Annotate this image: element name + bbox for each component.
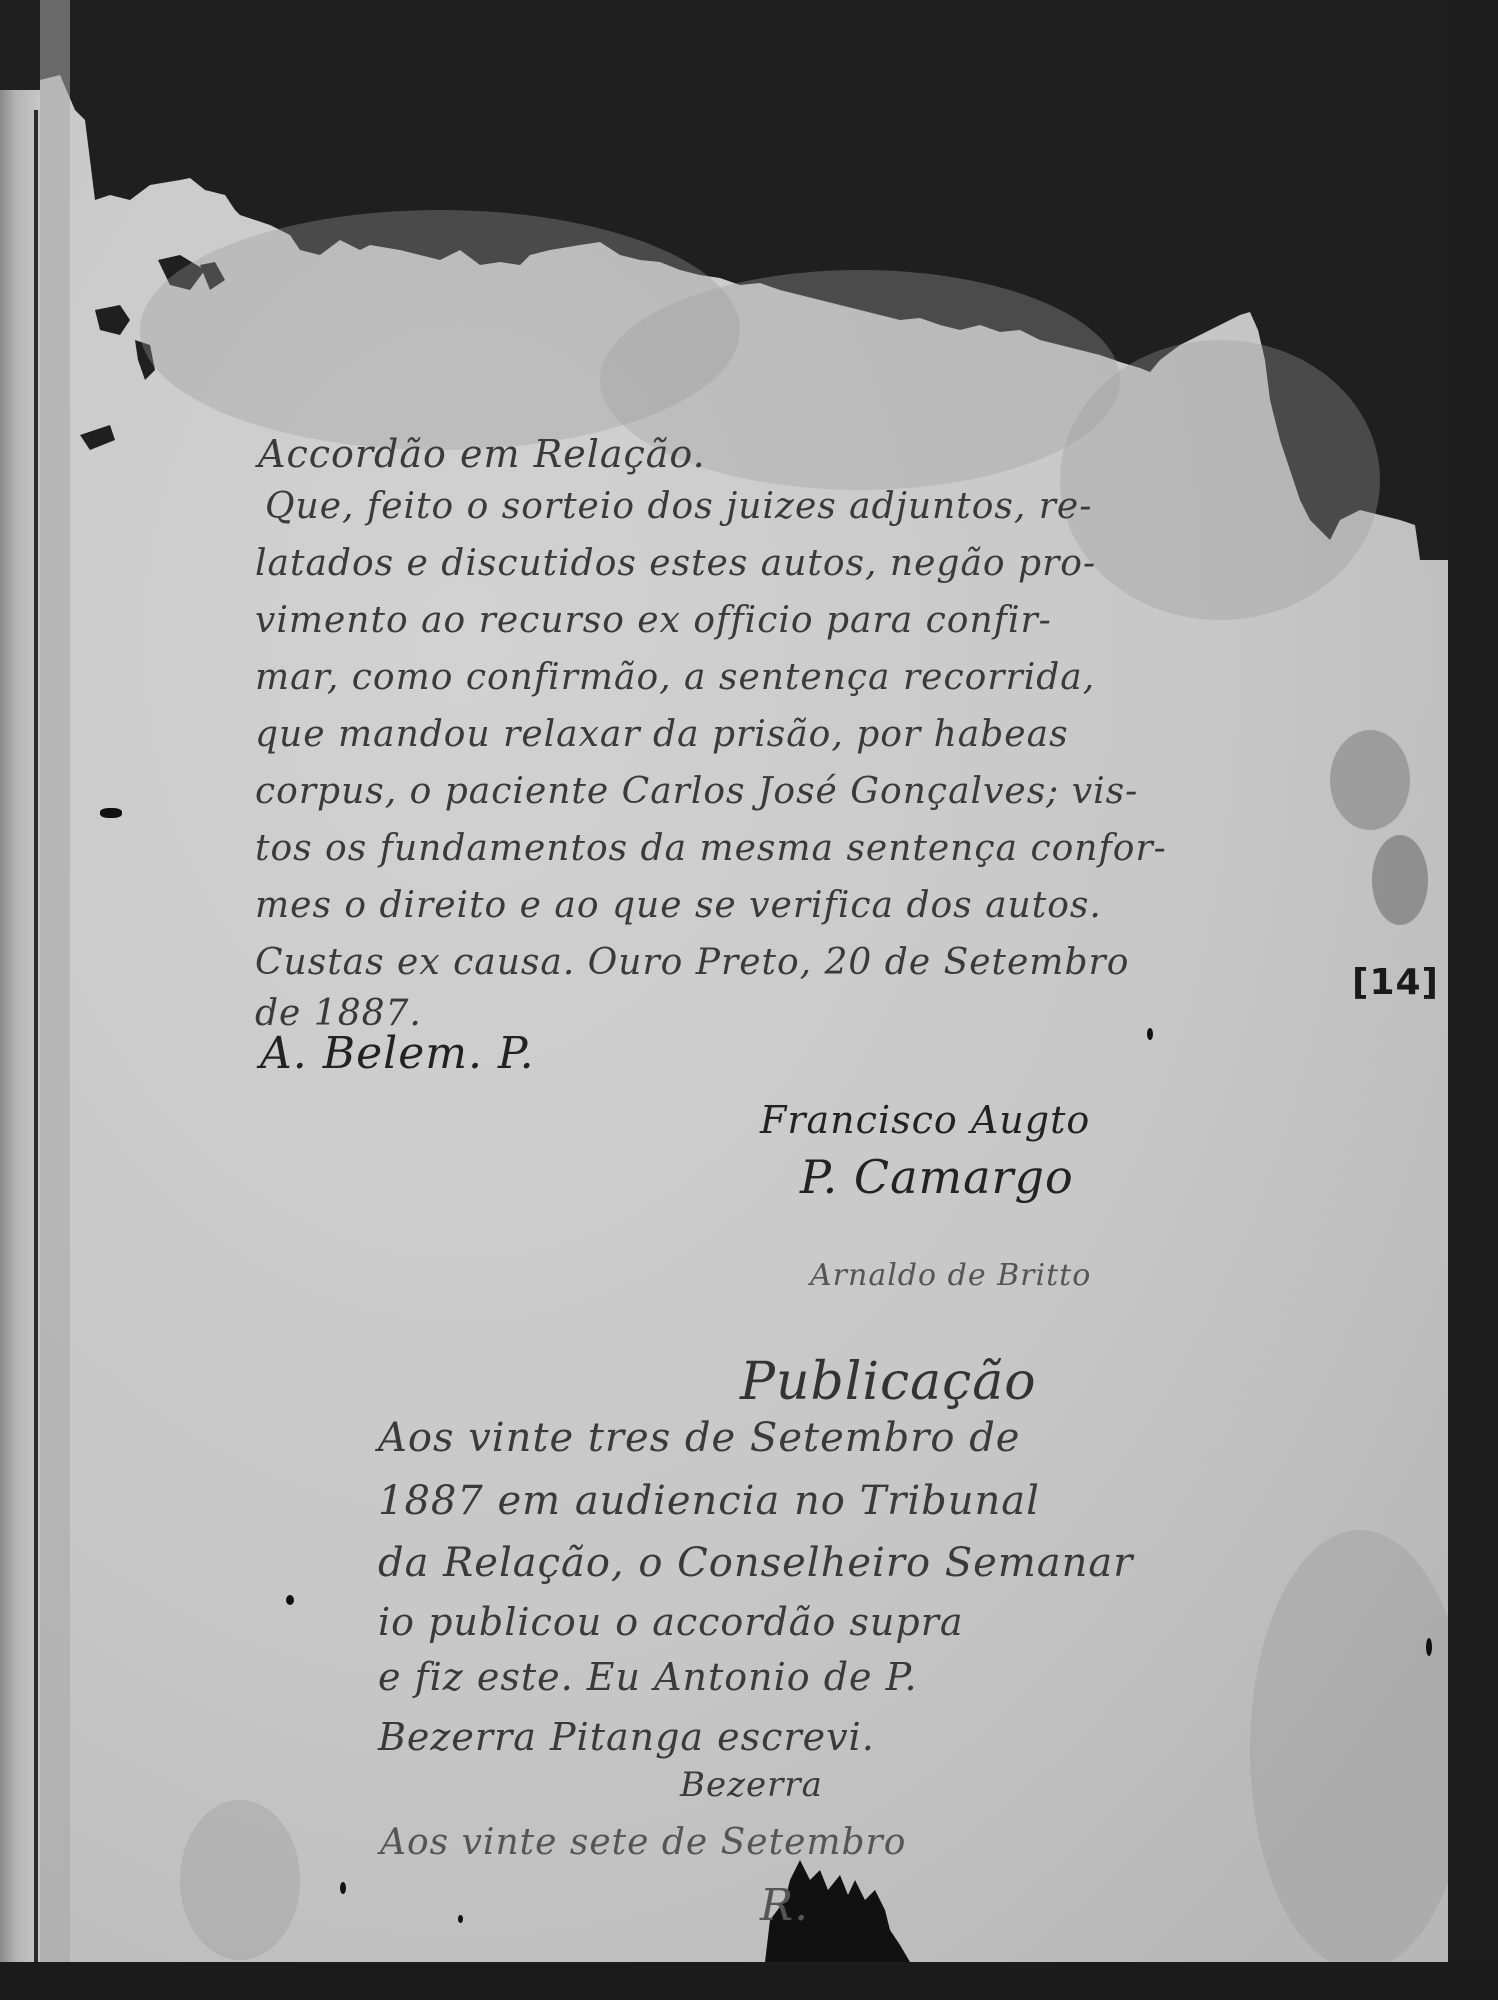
publicacao-line-5: e fiz este. Eu Antonio de P. <box>378 1655 918 1699</box>
scan-bottom-margin <box>0 1962 1498 2000</box>
acordao-line-3: vimento ao recurso ex officio para confi… <box>255 600 1052 641</box>
ink-spot <box>1147 1028 1153 1040</box>
acordao-line-5: que mandou relaxar da prisão, por habeas <box>255 714 1069 755</box>
ink-spot <box>458 1915 463 1923</box>
signature-belem: A. Belem. P. <box>260 1028 535 1079</box>
ink-spot <box>286 1595 294 1605</box>
acordao-line-6: corpus, o paciente Carlos José Gonçalves… <box>255 771 1138 812</box>
scan-right-margin <box>1448 0 1498 2000</box>
acordao-line-9: Custas ex causa. Ouro Preto, 20 de Setem… <box>255 942 1129 983</box>
acordao-line-2: latados e discutidos estes autos, negão … <box>255 543 1096 584</box>
acordao-line-1: Que, feito o sorteio dos juizes adjuntos… <box>265 486 1092 527</box>
publicacao-line-3: da Relação, o Conselheiro Semanar <box>378 1540 1133 1586</box>
footer-mark: R. <box>760 1880 809 1931</box>
acordao-line-4: mar, como confirmão, a sentença recorrid… <box>255 657 1095 698</box>
ink-spot <box>100 808 122 818</box>
publicacao-title: Publicação <box>740 1352 1037 1412</box>
signature-camargo: P. Camargo <box>800 1150 1074 1204</box>
acordao-line-8: mes o direito e ao que se verifica dos a… <box>255 885 1102 926</box>
footer-line: Aos vinte sete de Setembro <box>380 1822 906 1863</box>
ink-spot <box>1426 1638 1432 1656</box>
binding-gutter-line <box>34 110 38 2000</box>
publicacao-line-6: Bezerra Pitanga escrevi. <box>378 1715 875 1759</box>
signature-francisco-line1: Francisco Augto <box>760 1098 1090 1142</box>
scanned-document: Accordão em Relação. Que, feito o sortei… <box>0 0 1498 2000</box>
publicacao-signature: Bezerra <box>680 1765 823 1805</box>
acordao-line-7: tos os fundamentos da mesma sentença con… <box>255 828 1167 869</box>
folio-number: [14] <box>1352 962 1439 1003</box>
acordao-heading: Accordão em Relação. <box>258 432 706 476</box>
publicacao-line-1: Aos vinte tres de Setembro de <box>378 1415 1020 1461</box>
signature-britto: Arnaldo de Britto <box>810 1258 1091 1293</box>
publicacao-line-4: io publicou o accordão supra <box>378 1600 964 1644</box>
ink-spot <box>340 1882 346 1894</box>
publicacao-line-2: 1887 em audiencia no Tribunal <box>378 1478 1040 1524</box>
manuscript-page: Accordão em Relação. Que, feito o sortei… <box>40 0 1448 1962</box>
